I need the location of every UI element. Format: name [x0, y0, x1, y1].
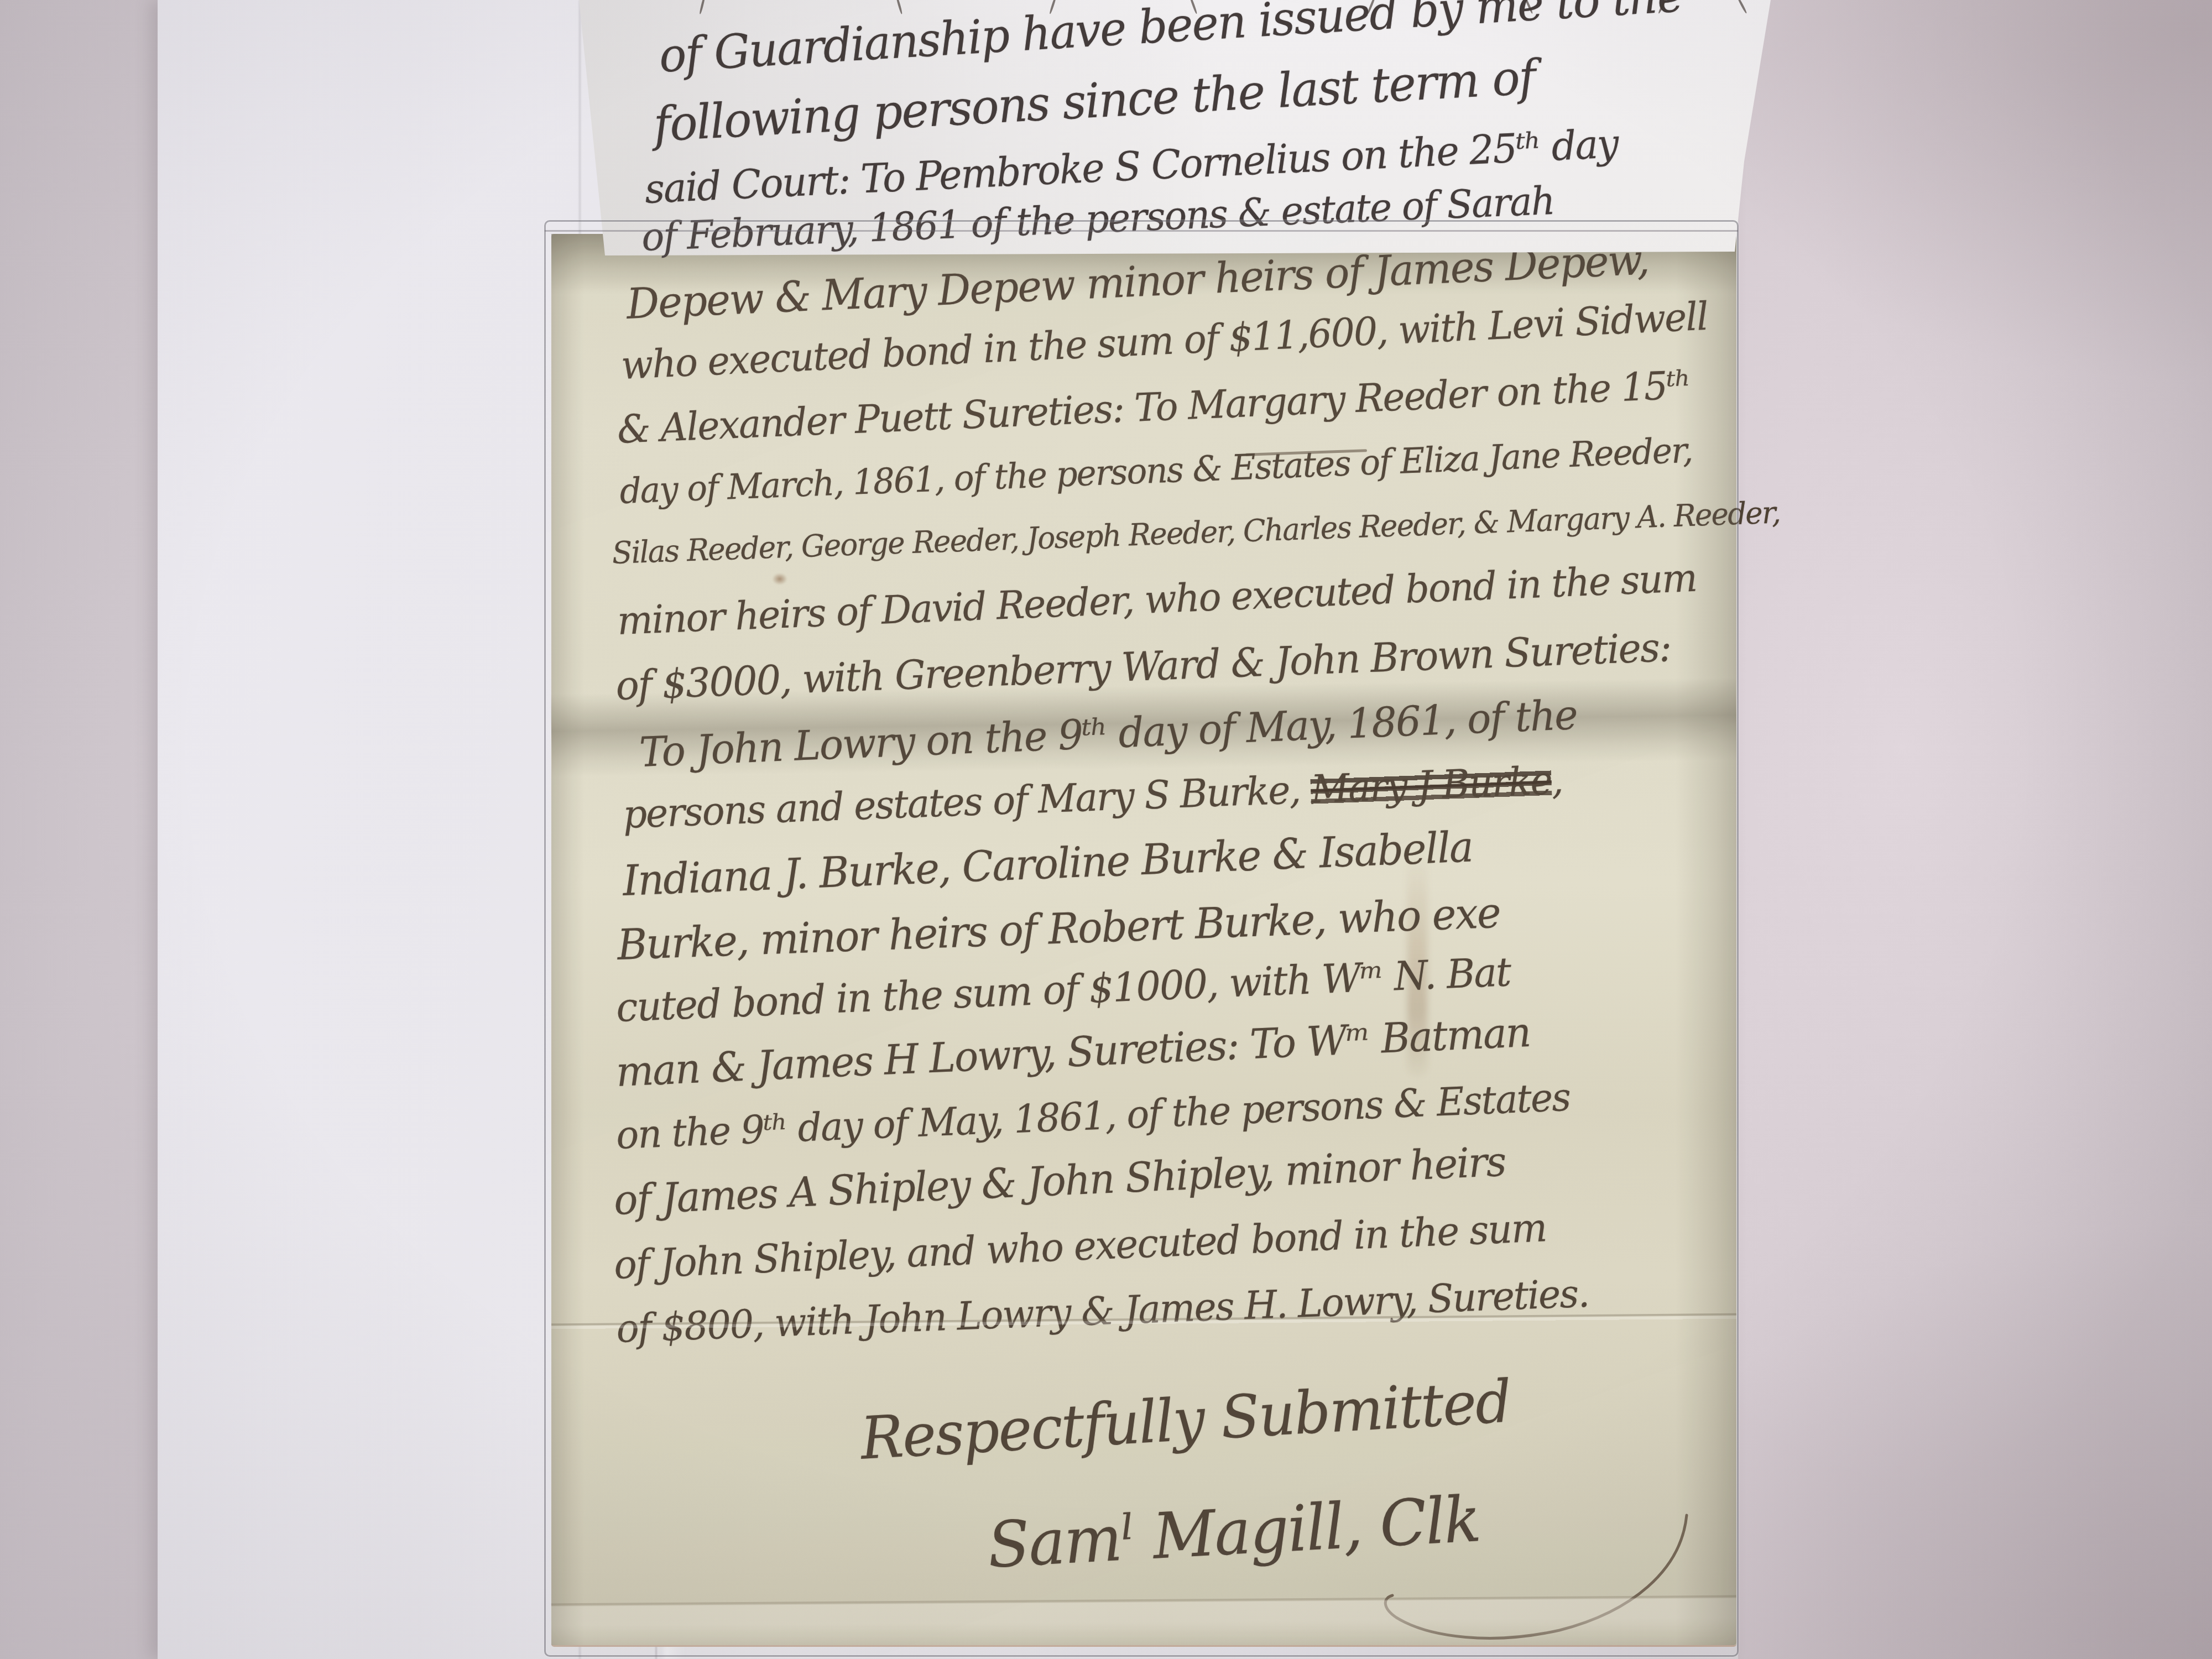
plastic-sleeve [544, 220, 1739, 1657]
photographed-document: Depew & Mary Depew minor heirs of James … [0, 0, 2212, 1659]
